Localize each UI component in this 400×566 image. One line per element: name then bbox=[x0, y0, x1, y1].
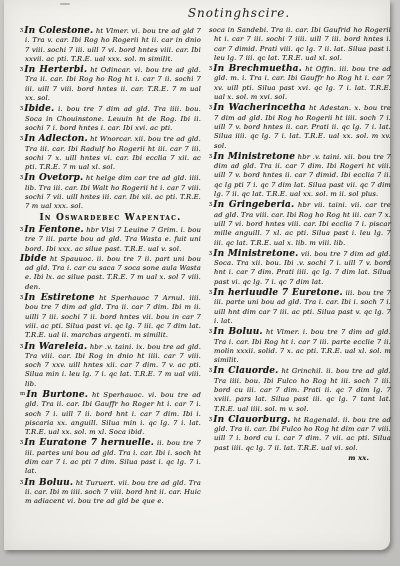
margin-mark: ʒ bbox=[20, 27, 23, 33]
end-note: m xx. bbox=[209, 454, 391, 463]
entry-initial: Ibide bbox=[20, 254, 47, 264]
entry-initial: In Clauorburg. bbox=[213, 415, 290, 425]
entry-text: ht Spauuoc. ii. bou tre 7 ii. part uni b… bbox=[25, 255, 201, 291]
entry-paragraph: ʒIn Ovetorp. ht helge dim car tre ad gld… bbox=[20, 173, 201, 211]
entry-paragraph: ʒIn Boluu. ht Turuert. vii. bou tre ad g… bbox=[20, 478, 201, 507]
margin-mark: ʒ bbox=[20, 66, 23, 72]
page-title: Snotinghscire. bbox=[154, 6, 324, 20]
margin-mark: ʒ bbox=[20, 294, 23, 300]
entry-initial: In heriuudle 7 Euretone. bbox=[213, 288, 343, 298]
entry-initial: In Boluu. bbox=[213, 327, 262, 337]
entry-text: m xx. bbox=[348, 454, 369, 462]
entry-paragraph: ʒIn Ministretone. vii. bou tre 7 dim ad … bbox=[209, 249, 391, 287]
margin-mark: ʒ bbox=[209, 416, 212, 422]
entry-paragraph: ʒIn Fentone. hbr Vlsi 7 Leuine 7 Grim. i… bbox=[20, 225, 201, 254]
margin-mark: ʒ bbox=[20, 174, 23, 180]
entry-initial: In Fentone. bbox=[24, 225, 83, 235]
entry-paragraph: ʒIn Wareleia. hbr .v. taini. ix. bou tre… bbox=[20, 342, 201, 389]
margin-mark: ʒ bbox=[20, 479, 23, 485]
entry-initial: In Clauorde. bbox=[213, 366, 278, 376]
entry-initial: In Brechmuetha. bbox=[213, 64, 302, 74]
text-column-left: ʒIn Colestone. ht Vlmer. vi. bou tre ad … bbox=[20, 26, 201, 548]
entry-initial: In Colestone. bbox=[24, 26, 93, 36]
entry-initial: Ibide. bbox=[24, 104, 54, 114]
entry-initial: In Boluu. bbox=[24, 478, 73, 488]
entry-paragraph: ʒIn Boluu. ht Vlmer. i. bou tre 7 dim ad… bbox=[209, 327, 391, 365]
entry-initial: In Burtone. bbox=[26, 390, 88, 400]
entry-initial: In Adlecton. bbox=[24, 134, 87, 144]
wapentake-heading: In Oswardebec Wapentac. bbox=[20, 214, 201, 223]
entry-paragraph: ʒIn heriuudle 7 Euretone. iii. bou tre 7… bbox=[209, 288, 391, 326]
margin-mark: ʒ bbox=[209, 153, 212, 159]
margin-mark: ʒ bbox=[209, 289, 212, 295]
entry-initial: In Ministretone. bbox=[213, 249, 298, 259]
margin-mark: ʒ bbox=[20, 226, 23, 232]
entry-initial: In Euratone 7 hernuelle. bbox=[24, 438, 154, 448]
margin-mark: ʒ bbox=[209, 104, 212, 110]
entry-paragraph: soca in Sandebi. Tra ii. car. Ibi Gaufri… bbox=[209, 26, 391, 63]
margin-mark: ʒ bbox=[20, 135, 23, 141]
entry-paragraph: ʒIn Clauorde. ht Grinchil. ii. bou tre a… bbox=[209, 366, 391, 413]
entry-paragraph: ʒIn Herterbi. ht Odincar. vi. bou tre ad… bbox=[20, 65, 201, 103]
entry-paragraph: mIn Burtone. ht Sperhauoc. vi. bou tre a… bbox=[20, 390, 201, 437]
entry-text: soca in Sandebi. Tra ii. car. Ibi Gaufri… bbox=[209, 26, 391, 62]
entry-initial: In Ovetorp. bbox=[24, 173, 83, 183]
entry-paragraph: Ibide ht Spauuoc. ii. bou tre 7 ii. part… bbox=[20, 255, 201, 292]
margin-mark: m bbox=[20, 391, 25, 397]
entry-initial: In Estiretone bbox=[24, 293, 94, 303]
entry-initial: In Wareleia. bbox=[24, 342, 87, 352]
entry-paragraph: ʒIn Euratone 7 hernuelle. ii. bou tre 7 … bbox=[20, 438, 201, 476]
scan-speck bbox=[60, 3, 70, 5]
entry-paragraph: ʒIn Gringeberia. hbr vii. taini. vii. ca… bbox=[209, 200, 391, 247]
entry-initial: In Wacherincetha bbox=[213, 103, 306, 113]
entry-initial: In Ministretone bbox=[213, 152, 295, 162]
entry-initial: In Herterbi. bbox=[24, 65, 87, 75]
margin-mark: ʒ bbox=[209, 367, 212, 373]
margin-mark: ʒ bbox=[20, 439, 23, 445]
entry-paragraph: ʒIn Wacherincetha ht Adestan. x. bou tre… bbox=[209, 103, 391, 150]
entry-paragraph: ʒIbide. i. bou tre 7 dim ad gld. Tra iii… bbox=[20, 104, 201, 133]
margin-mark: ʒ bbox=[209, 250, 212, 256]
entry-text: In Oswardebec Wapentac. bbox=[40, 213, 182, 223]
entry-paragraph: ʒIn Ministretone hbr .v. taini. xii. bou… bbox=[209, 152, 391, 199]
margin-mark: ʒ bbox=[209, 201, 212, 207]
margin-mark: ʒ bbox=[209, 328, 212, 334]
text-column-right: soca in Sandebi. Tra ii. car. Ibi Gaufri… bbox=[209, 26, 391, 526]
entry-paragraph: ʒIn Colestone. ht Vlmer. vi. bou tre ad … bbox=[20, 26, 201, 64]
manuscript-paper: Snotinghscire. ʒIn Colestone. ht Vlmer. … bbox=[4, 0, 390, 550]
entry-initial: In Gringeberia. bbox=[213, 200, 294, 210]
margin-mark: ʒ bbox=[20, 105, 23, 111]
margin-mark: ʒ bbox=[20, 343, 23, 349]
entry-paragraph: ʒIn Estiretone ht Sperhauoc 7 Arnul. iii… bbox=[20, 293, 201, 340]
entry-paragraph: ʒIn Brechmuetha. ht Offin. iii. bou tre … bbox=[209, 64, 391, 102]
entry-paragraph: ʒIn Clauorburg. ht Ragenald. ii. bou tre… bbox=[209, 415, 391, 453]
entry-paragraph: ʒIn Adlecton. ht Wnorcar. xii. bou tre a… bbox=[20, 134, 201, 172]
margin-mark: ʒ bbox=[209, 65, 212, 71]
scanned-page: Snotinghscire. ʒIn Colestone. ht Vlmer. … bbox=[0, 0, 400, 566]
